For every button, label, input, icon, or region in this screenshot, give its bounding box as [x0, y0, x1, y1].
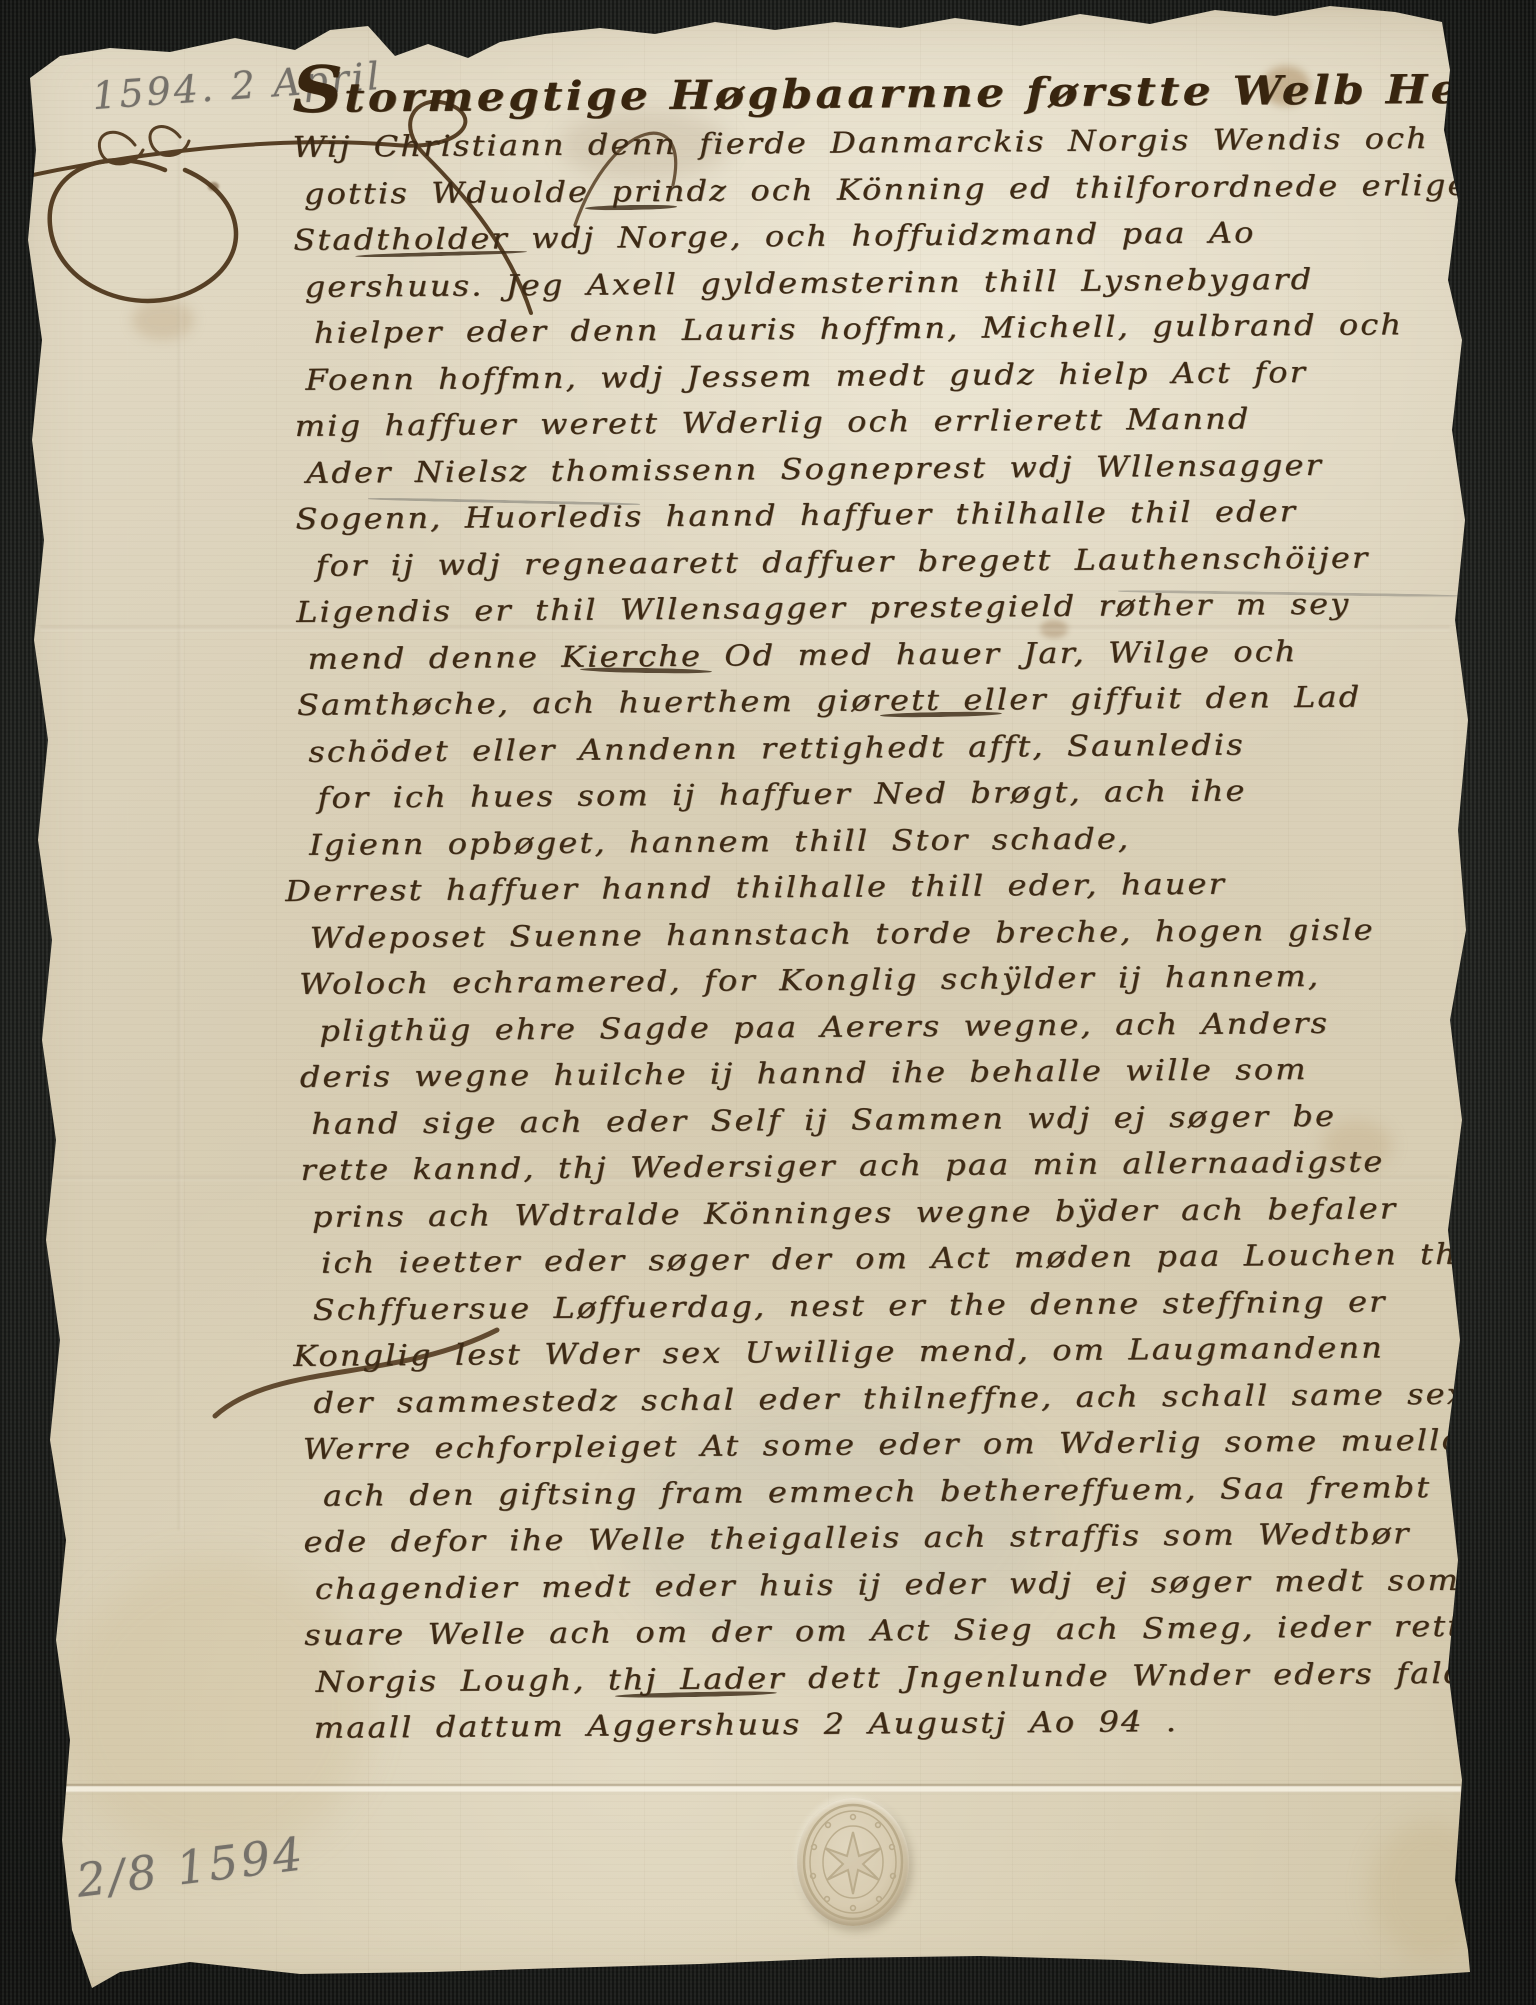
vertical-fold-crease	[178, 130, 182, 1530]
manuscript-line: Ligendis er thil Wllensagger prestegield…	[296, 579, 1536, 636]
embossed-seal-icon	[797, 1798, 909, 1926]
paper-stain	[132, 300, 194, 340]
manuscript-line: gottis Wduolde prindz och Könning ed thi…	[304, 160, 1536, 217]
photograph-of-document: 1594. 2 April Stormegtige Høgbaarnne før…	[0, 0, 1536, 2005]
manuscript-line: Wdeposet Suenne hannstach torde breche, …	[310, 904, 1536, 961]
pencil-archive-annotation: 2/8 1594	[74, 1826, 309, 1908]
horizontal-fold-crease	[46, 1784, 1461, 1793]
manuscript-line: hielper eder denn Lauris hoffmn, Michell…	[314, 300, 1536, 356]
manuscript-line: Norgis Lough, thj Lader dett Jngenlunde …	[316, 1648, 1536, 1705]
ink-stain	[208, 182, 219, 191]
manuscript-paper: 1594. 2 April Stormegtige Høgbaarnne før…	[0, 0, 1536, 2005]
manuscript-line: maall dattum Aggershuus 2 Augustj Ao 94 …	[314, 1695, 1536, 1752]
manuscript-line: for ij wdj regneaarett daffuer bregett L…	[316, 532, 1536, 588]
manuscript-lines: Wij Christiann denn fierde Danmarckis No…	[292, 114, 1536, 1752]
manuscript-text: Stormegtige Høgbaarnne førstte Welb Herr…	[292, 56, 1536, 1752]
manuscript-line: Samthøche, ach huerthem giørett eller gi…	[297, 672, 1536, 729]
manuscript-heading: Stormegtige Høgbaarnne førstte Welb Herr…	[292, 56, 1536, 124]
